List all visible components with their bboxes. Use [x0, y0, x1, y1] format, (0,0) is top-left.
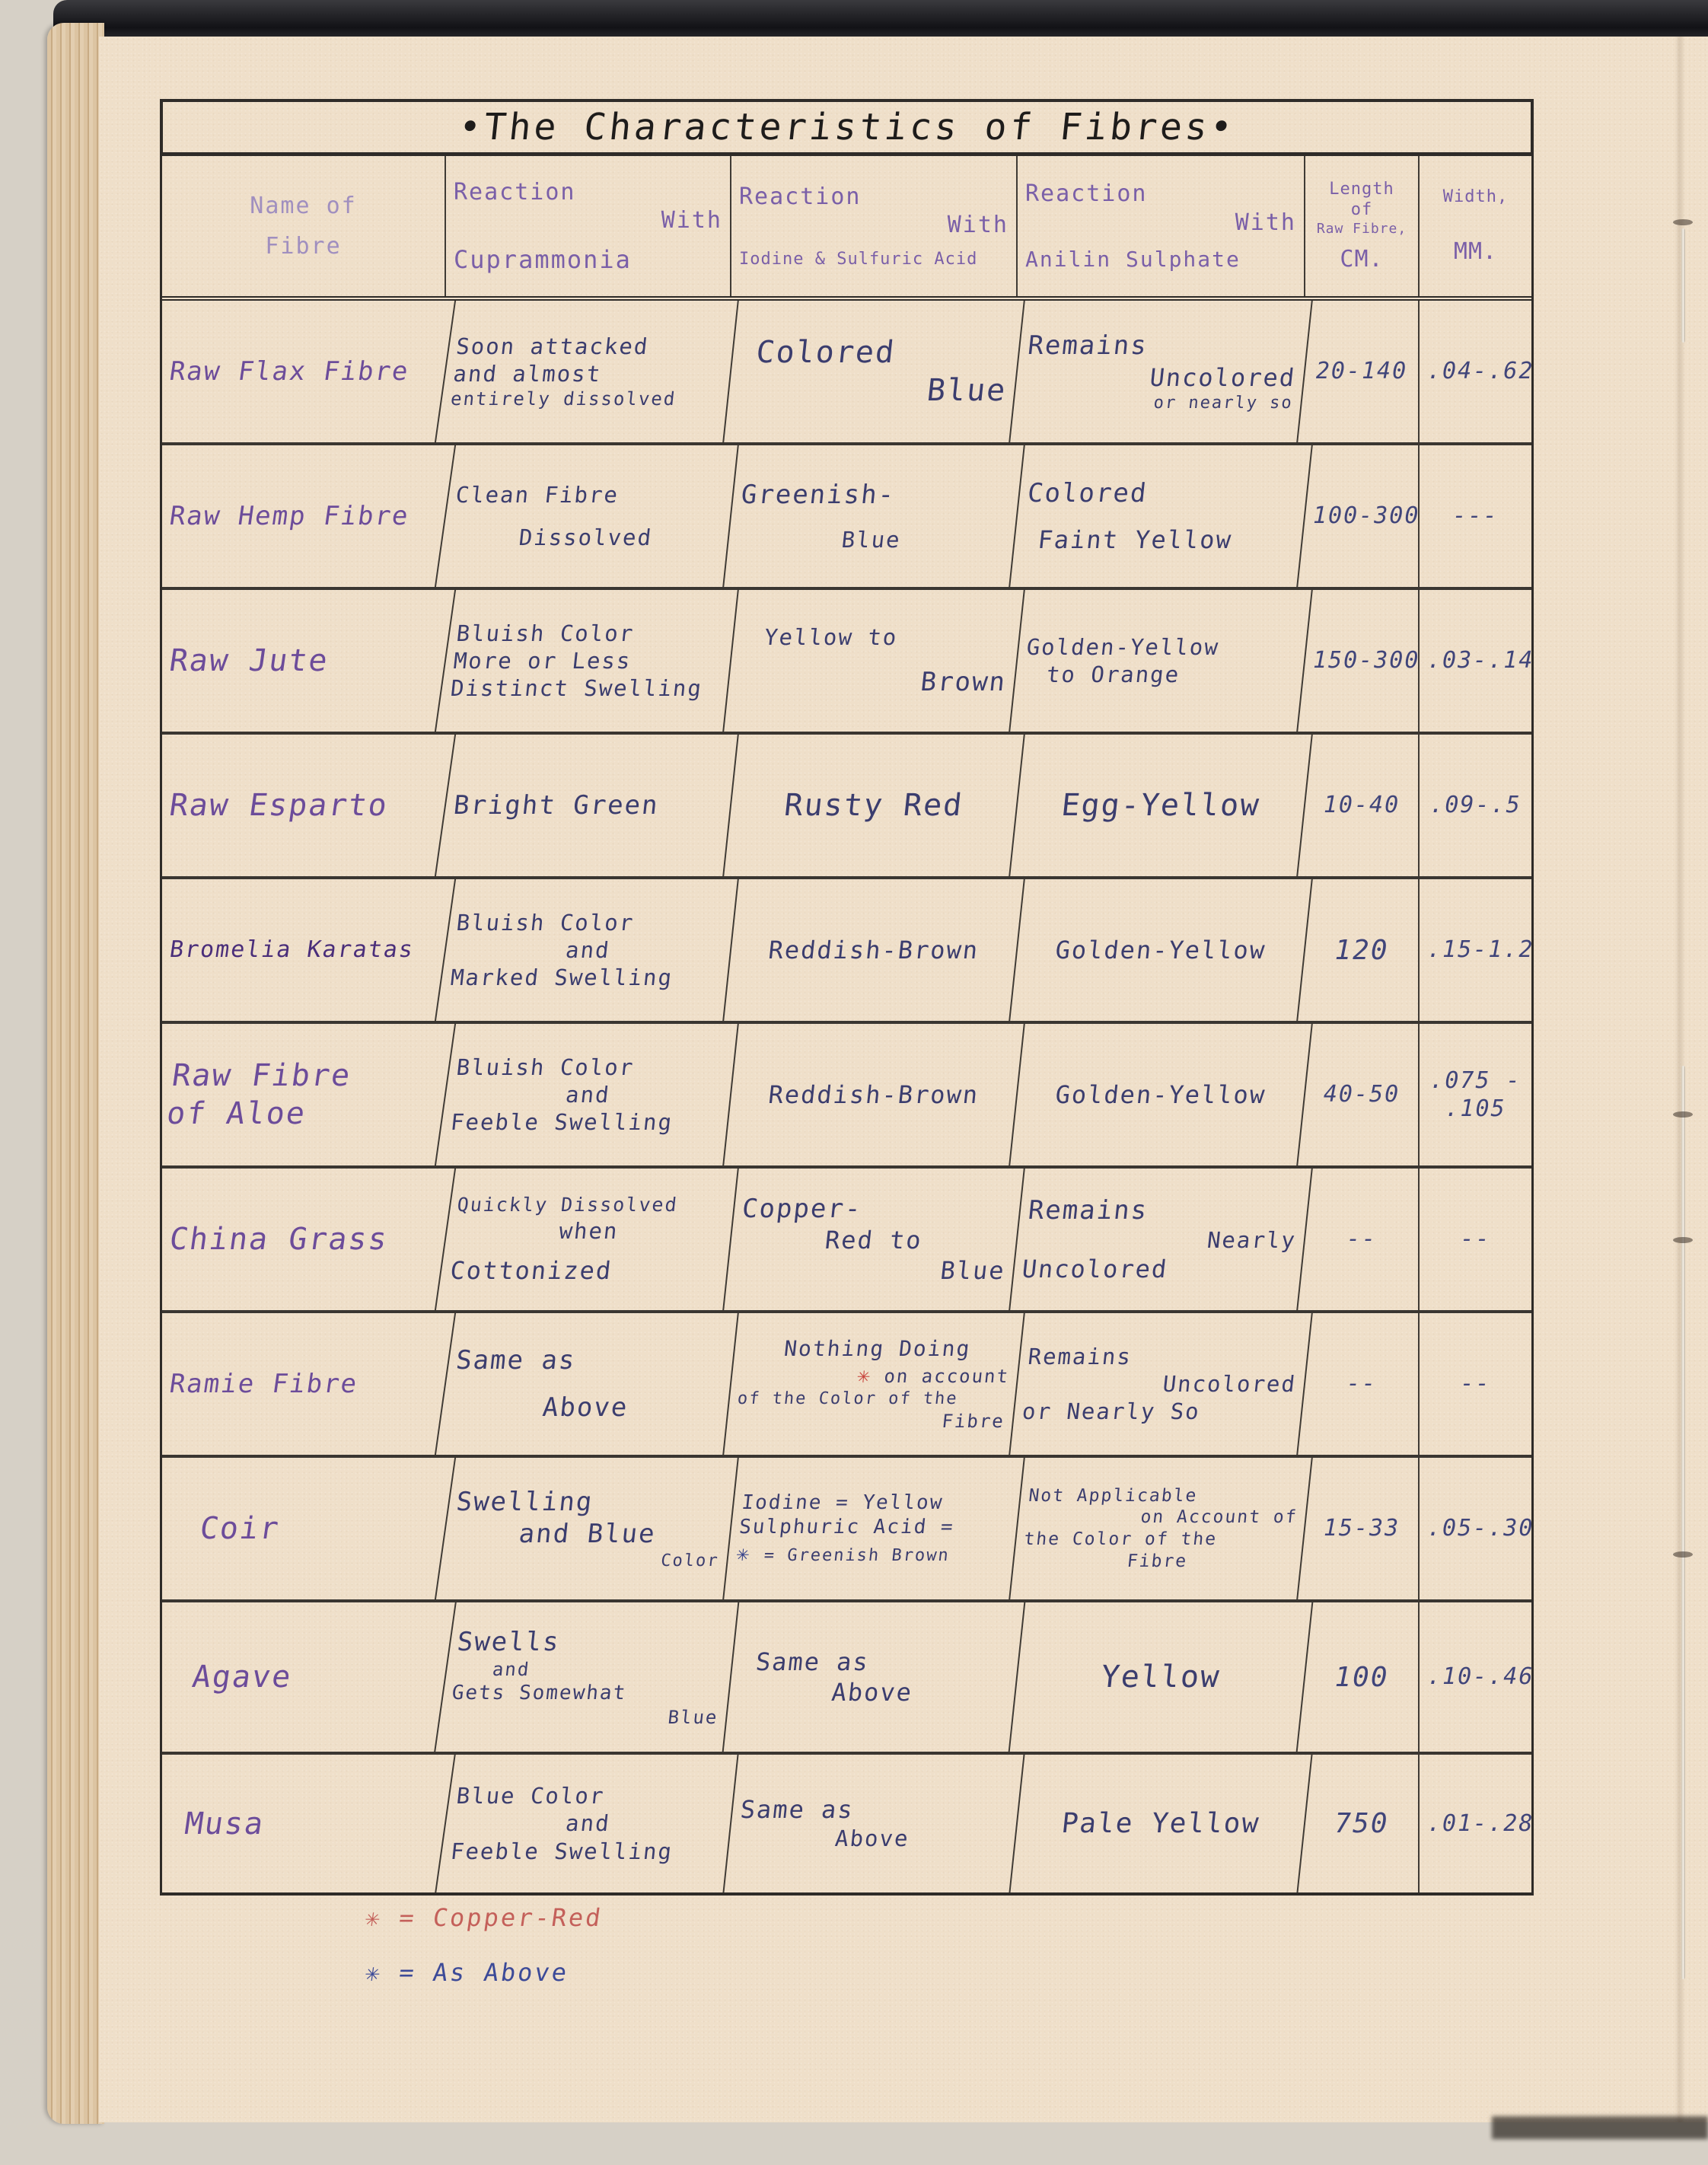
page-stack-edge	[47, 23, 104, 2124]
cell-line: Uncolored	[1023, 362, 1297, 393]
header-line: Fibre	[170, 232, 437, 261]
cell-line: Sulphuric Acid =	[738, 1515, 1009, 1540]
width-value: --	[1427, 1369, 1524, 1398]
header-line: Reaction	[1025, 180, 1148, 209]
cell-line: Greenish-	[740, 479, 1012, 512]
cell-line: Blue	[735, 526, 1008, 553]
cell-line: Colored	[1026, 477, 1300, 510]
cell-line: Rusty Red	[737, 786, 1010, 824]
length-cell: 10-40	[1305, 735, 1420, 876]
cell-line: Golden-Yellow	[1024, 935, 1298, 965]
stitch-hole	[1673, 1111, 1693, 1118]
fibre-name: Musa	[182, 1805, 439, 1843]
length-value: --	[1313, 1369, 1410, 1398]
length-value: 40-50	[1313, 1080, 1410, 1109]
table-row: Coir Swelling and Blue Color Iodine = Ye…	[162, 1458, 1531, 1602]
cell-line: Dissolved	[450, 524, 722, 551]
width-cell: ---	[1420, 445, 1531, 587]
cell-line: Reddish-Brown	[738, 1079, 1010, 1110]
cell-line: Copper-	[741, 1193, 1013, 1226]
length-value: 150-300	[1313, 646, 1410, 675]
cell-line: Swelling	[454, 1486, 726, 1519]
cell-line: Bright Green	[452, 789, 724, 822]
length-value: 120	[1313, 933, 1410, 968]
cell-line: Red to	[738, 1225, 1010, 1255]
length-cell: 100-300	[1305, 445, 1420, 587]
cuprammonia-cell: Blue Color and Feeble Swelling	[438, 1755, 738, 1892]
cell-line: Pale Yellow	[1024, 1806, 1299, 1841]
iodine-cell: Colored Blue	[724, 301, 1025, 442]
width-value: ---	[1427, 502, 1524, 531]
iodine-cell: Copper- Red to Blue	[724, 1169, 1025, 1310]
table-row: Raw Esparto Bright Green Rusty Red Egg-Y…	[162, 735, 1531, 879]
cuprammonia-cell: Swells and Gets Somewhat Blue	[438, 1602, 740, 1752]
cell-line: Soon attacked	[455, 333, 727, 360]
cell-line: entirely dissolved	[450, 387, 721, 410]
width-cell: .05-.30	[1420, 1458, 1531, 1599]
header-line: With	[661, 206, 722, 235]
cuprammonia-cell: Bright Green	[438, 735, 739, 876]
cell-line: and almost	[452, 360, 724, 387]
width-cell: .01-.28	[1420, 1755, 1531, 1892]
fibre-name-cell: Agave	[151, 1602, 457, 1752]
iodine-cell: Nothing Doing ✳ on account of the Color …	[724, 1313, 1025, 1455]
anilin-cell: Remains Nearly Uncolored	[1010, 1169, 1313, 1310]
table-title-row: •The Characteristics of Fibres•	[160, 99, 1534, 156]
cuprammonia-cell: Same as Above	[438, 1313, 739, 1455]
cell-line: Yellow	[1023, 1658, 1298, 1696]
length-value: 100	[1313, 1660, 1410, 1695]
cell-line: Colored	[754, 333, 1012, 371]
cuprammonia-cell: Clean Fibre Dissolved	[438, 445, 739, 587]
width-value: .01-.28	[1427, 1809, 1524, 1838]
length-value: 750	[1313, 1806, 1410, 1841]
table-row: Raw Jute Bluish Color More or Less Disti…	[162, 590, 1531, 735]
fibre-name-cell: Raw Jute	[152, 590, 456, 732]
cuprammonia-cell: Swelling and Blue Color	[438, 1458, 739, 1599]
cell-line: to Orange	[1045, 661, 1296, 688]
binding-thread	[1681, 1066, 1685, 1979]
header-name-of-fibre: Name of Fibre	[162, 156, 446, 296]
cell-line: Bluish Color	[455, 909, 727, 936]
cell-line: and	[452, 936, 724, 964]
cell-line: on account	[883, 1366, 1010, 1387]
cell-line: Brown	[735, 666, 1008, 699]
cell-line: the Color of the	[1023, 1529, 1296, 1551]
cell-line: Same as	[454, 1344, 726, 1377]
table-row: China Grass Quickly Dissolved when Cotto…	[162, 1169, 1531, 1313]
anilin-cell: Yellow	[1010, 1602, 1314, 1752]
cell-line: Gets Somewhat	[451, 1681, 722, 1706]
cell-line: on Account of	[1025, 1507, 1299, 1529]
length-value: 10-40	[1313, 791, 1410, 820]
cell-line: Fibre	[734, 1410, 1005, 1433]
cell-line: Blue	[448, 1706, 719, 1729]
cell-line: when	[453, 1217, 725, 1245]
width-cell: .075 - .105	[1420, 1024, 1531, 1165]
iodine-cell: Same as Above	[724, 1755, 1024, 1892]
width-cell: .15-1.2	[1420, 879, 1531, 1021]
header-line: With	[948, 211, 1009, 240]
cell-line: Above	[736, 1677, 1009, 1707]
cell-line: Faint Yellow	[1037, 525, 1295, 555]
width-value: --	[1427, 1225, 1524, 1254]
iodine-cell: Yellow to Brown	[724, 590, 1025, 732]
legend-text: = Copper-Red	[397, 1903, 605, 1932]
legend-text: = As Above	[397, 1958, 571, 1987]
cell-line: = Greenish Brown	[763, 1546, 951, 1565]
anilin-cell: Golden-Yellow	[1010, 879, 1313, 1021]
width-value: .15-1.2	[1427, 936, 1524, 965]
iodine-cell: Reddish-Brown	[724, 879, 1025, 1021]
cell-line: More or Less	[452, 647, 724, 674]
cell-line: and	[491, 1658, 724, 1681]
fibre-name: Ramie Fibre	[167, 1368, 439, 1401]
cell-line: Blue	[735, 371, 1009, 410]
anilin-cell: Remains Uncolored or nearly so	[1010, 301, 1313, 442]
table-row: Musa Blue Color and Feeble Swelling Same…	[162, 1755, 1531, 1896]
stitch-hole	[1673, 1551, 1693, 1558]
length-cell: 150-300	[1305, 590, 1420, 732]
header-line: Width,	[1427, 187, 1524, 208]
fibre-name: Coir	[197, 1510, 439, 1548]
width-value: .075 -	[1427, 1067, 1524, 1095]
fibre-characteristics-table: •The Characteristics of Fibres• Name of …	[160, 99, 1534, 1892]
fibre-name: China Grass	[167, 1220, 439, 1258]
cell-line: and Blue	[451, 1518, 723, 1551]
fibre-name: Agave	[190, 1658, 439, 1696]
fibre-name: of Aloe	[164, 1095, 437, 1133]
fibre-name-cell: Coir	[152, 1458, 456, 1599]
width-cell: .03-.14	[1420, 590, 1531, 732]
length-cell: --	[1305, 1313, 1420, 1455]
header-line: Iodine & Sulfuric Acid	[739, 249, 977, 270]
copper-red-asterisk-icon: ✳	[856, 1363, 873, 1388]
cell-line: Fibre	[1021, 1551, 1294, 1573]
table-row: Bromelia Karatas Bluish Color and Marked…	[162, 879, 1531, 1024]
length-cell: 120	[1305, 879, 1420, 1021]
legend-item-as-above: ✳ = As Above	[363, 1958, 604, 1987]
length-cell: 40-50	[1305, 1024, 1420, 1165]
fibre-name: Raw Fibre	[170, 1057, 442, 1095]
table-grid: Name of Fibre Reaction With Cuprammonia …	[160, 156, 1534, 1896]
cell-line: or nearly so	[1021, 393, 1294, 414]
fibre-name: Raw Flax Fibre	[167, 356, 439, 388]
fibre-name-cell: Raw Flax Fibre	[152, 301, 456, 442]
length-cell: 750	[1305, 1755, 1420, 1892]
length-cell: 15-33	[1305, 1458, 1420, 1599]
width-cell: .10-.46	[1420, 1602, 1531, 1752]
width-value: .04-.62	[1427, 357, 1524, 386]
blue-asterisk-icon: ✳	[363, 1958, 384, 1987]
header-line: Raw Fibre,	[1313, 221, 1410, 238]
length-value: --	[1313, 1225, 1410, 1254]
cell-line: Nearly	[1024, 1226, 1298, 1254]
width-cell: .04-.62	[1420, 301, 1531, 442]
header-line: Name of	[170, 192, 437, 221]
cell-line: Above	[449, 1392, 721, 1424]
table-row: Agave Swells and Gets Somewhat Blue Same…	[162, 1602, 1531, 1755]
cell-line: of the Color of the	[736, 1389, 1008, 1410]
book-cover-bottom-corner	[1492, 2116, 1708, 2139]
length-value: 15-33	[1313, 1514, 1410, 1543]
cell-line: Nothing Doing	[741, 1335, 1014, 1362]
length-value: 20-140	[1313, 357, 1410, 386]
width-cell: --	[1420, 1169, 1531, 1310]
cell-line: Above	[736, 1825, 1009, 1852]
header-anilin-sulphate: Reaction With Anilin Sulphate	[1018, 156, 1305, 296]
header-cuprammonia: Reaction With Cuprammonia	[446, 156, 731, 296]
cell-line: Blue	[735, 1255, 1007, 1286]
cell-line: and	[452, 1081, 724, 1108]
iodine-cell: Greenish- Blue	[724, 445, 1025, 587]
cell-line: Quickly Dissolved	[456, 1193, 727, 1216]
iodine-cell: Iodine = Yellow Sulphuric Acid = ✳ = Gre…	[724, 1458, 1025, 1599]
cell-line: Marked Swelling	[449, 964, 721, 991]
header-length-cm: Length of Raw Fibre, CM.	[1305, 156, 1420, 296]
fibre-name: Raw Esparto	[167, 786, 439, 824]
cell-line: Blue Color	[455, 1782, 727, 1809]
fibre-name: Raw Hemp Fibre	[167, 500, 439, 533]
cell-line: Cottonized	[449, 1255, 721, 1286]
anilin-cell: Remains Uncolored or Nearly So	[1010, 1313, 1313, 1455]
book-cover-top-edge	[53, 0, 1708, 40]
cell-line: Golden-Yellow	[1025, 633, 1299, 661]
cell-line: Remains	[1026, 330, 1300, 362]
cell-line: Clean Fibre	[454, 481, 726, 509]
width-value: .09-.5	[1427, 791, 1524, 820]
anilin-cell: Egg-Yellow	[1010, 735, 1313, 876]
red-asterisk-icon: ✳	[363, 1903, 384, 1932]
cell-line: Color	[449, 1551, 720, 1572]
as-above-asterisk-icon: ✳	[735, 1541, 752, 1566]
cell-line: Iodine = Yellow	[741, 1491, 1012, 1516]
header-line: of	[1313, 199, 1410, 221]
cell-line: Remains	[1027, 1194, 1301, 1227]
length-cell: 20-140	[1305, 301, 1420, 442]
cell-line: Remains	[1027, 1343, 1301, 1370]
cuprammonia-cell: Bluish Color More or Less Distinct Swell…	[438, 590, 739, 732]
anilin-cell: Golden-Yellow to Orange	[1010, 590, 1313, 732]
asterisk-legend: ✳ = Copper-Red ✳ = As Above	[365, 1903, 603, 2013]
fibre-name-cell: Raw Esparto	[152, 735, 456, 876]
fibre-name-cell: Raw Fibre of Aloe	[152, 1024, 456, 1165]
width-value: .10-.46	[1427, 1663, 1524, 1692]
header-line: Reaction	[739, 183, 862, 212]
fibre-name: Raw Jute	[167, 642, 439, 680]
anilin-cell: Colored Faint Yellow	[1010, 445, 1313, 587]
header-line: Anilin Sulphate	[1025, 246, 1241, 273]
cell-line: Uncolored	[1024, 1370, 1298, 1398]
stitch-hole	[1673, 1237, 1693, 1243]
iodine-cell: Reddish-Brown	[724, 1024, 1025, 1165]
anilin-cell: Golden-Yellow	[1010, 1024, 1313, 1165]
length-value: 100-300	[1313, 502, 1410, 531]
width-value: .05-.30	[1427, 1514, 1524, 1543]
width-cell: .09-.5	[1420, 735, 1531, 876]
cell-line: Uncolored	[1021, 1254, 1295, 1284]
legend-item-copper-red: ✳ = Copper-Red	[363, 1903, 604, 1932]
header-line: Cuprammonia	[454, 244, 632, 275]
cell-line: Not Applicable	[1028, 1485, 1301, 1507]
header-line: CM.	[1313, 245, 1410, 274]
cell-line: Bluish Color	[455, 1054, 727, 1081]
length-cell: 100	[1305, 1602, 1420, 1752]
width-cell: --	[1420, 1313, 1531, 1455]
cuprammonia-cell: Bluish Color and Feeble Swelling	[438, 1024, 739, 1165]
cell-line: and	[452, 1809, 724, 1837]
cell-line: or Nearly So	[1021, 1398, 1295, 1425]
cell-line: Feeble Swelling	[449, 1108, 721, 1136]
table-row: Raw Fibre of Aloe Bluish Color and Feebl…	[162, 1024, 1531, 1169]
fibre-name-cell: Musa	[152, 1755, 455, 1892]
cell-line: Feeble Swelling	[449, 1838, 721, 1865]
table-row: Raw Hemp Fibre Clean Fibre Dissolved Gre…	[162, 445, 1531, 590]
width-value: .03-.14	[1427, 646, 1524, 675]
header-line: MM.	[1427, 238, 1524, 266]
fibre-name-cell: China Grass	[152, 1169, 456, 1310]
table-row: Ramie Fibre Same as Above Nothing Doing …	[162, 1313, 1531, 1458]
header-width-mm: Width, MM.	[1420, 156, 1531, 296]
cuprammonia-cell: Quickly Dissolved when Cottonized	[438, 1169, 739, 1310]
page-title: •The Characteristics of Fibres•	[457, 106, 1238, 148]
cell-line: Egg-Yellow	[1023, 786, 1298, 824]
stitch-hole	[1673, 219, 1693, 225]
cuprammonia-cell: Soon attacked and almost entirely dissol…	[438, 301, 739, 442]
cell-line: Same as	[739, 1794, 1012, 1825]
binding-thread	[1681, 228, 1685, 343]
header-iodine-sulfuric: Reaction With Iodine & Sulfuric Acid	[731, 156, 1018, 296]
length-cell: --	[1305, 1169, 1420, 1310]
iodine-cell: Rusty Red	[724, 735, 1025, 876]
cell-line: Bluish Color	[455, 620, 727, 647]
anilin-cell: Pale Yellow	[1010, 1755, 1312, 1892]
cell-line: Same as	[754, 1647, 1012, 1677]
cuprammonia-cell: Bluish Color and Marked Swelling	[438, 879, 739, 1021]
header-line: Reaction	[454, 178, 576, 207]
cell-line: Distinct Swelling	[449, 674, 721, 702]
iodine-cell: Same as Above	[724, 1602, 1026, 1752]
table-row: Raw Flax Fibre Soon attacked and almost …	[162, 301, 1531, 445]
fibre-name-cell: Raw Hemp Fibre	[152, 445, 456, 587]
cell-line: Golden-Yellow	[1024, 1079, 1298, 1110]
header-line: Length	[1313, 179, 1410, 200]
cell-line: Reddish-Brown	[738, 935, 1010, 965]
cell-line: Yellow to	[763, 623, 1012, 651]
width-value: .105	[1427, 1095, 1524, 1124]
anilin-cell: Not Applicable on Account of the Color o…	[1010, 1458, 1313, 1599]
table-header-row: Name of Fibre Reaction With Cuprammonia …	[162, 156, 1531, 301]
header-line: With	[1235, 209, 1296, 238]
fibre-name: Bromelia Karatas	[167, 936, 438, 965]
fibre-name-cell: Bromelia Karatas	[152, 879, 456, 1021]
cell-line: Swells	[456, 1626, 728, 1659]
fibre-name-cell: Ramie Fibre	[152, 1313, 456, 1455]
